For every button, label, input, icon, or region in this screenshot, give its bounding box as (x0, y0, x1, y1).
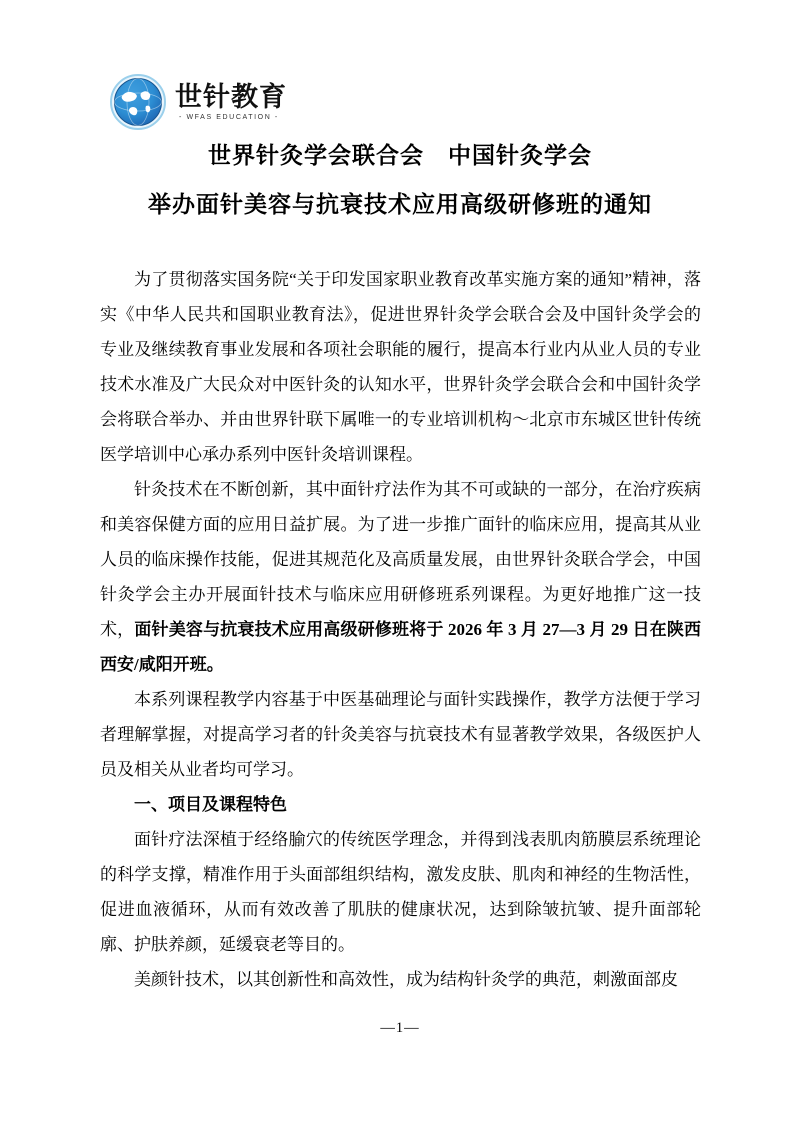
paragraph-text: 针灸技术在不断创新，其中面针疗法作为其不可或缺的一部分，在治疗疾病和美容保健方面… (100, 480, 701, 639)
paragraph-text: 为了贯彻落实国务院“关于印发国家职业教育改革实施方案的通知”精神，落实《中华人民… (100, 270, 701, 464)
section-heading: 一、项目及课程特色 (100, 787, 701, 822)
paragraph-text-bold: 一、项目及课程特色 (134, 795, 287, 814)
page-number: —1— (0, 1020, 800, 1037)
document-title-line1: 世界针灸学会联合会 中国针灸学会 (0, 141, 800, 171)
paragraph: 为了贯彻落实国务院“关于印发国家职业教育改革实施方案的通知”精神，落实《中华人民… (100, 262, 701, 472)
paragraph: 针灸技术在不断创新，其中面针疗法作为其不可或缺的一部分，在治疗疾病和美容保健方面… (100, 472, 701, 682)
document-title-line2: 举办面针美容与抗衰技术应用高级研修班的通知 (0, 190, 800, 220)
paragraph-text: 美颜针技术，以其创新性和高效性，成为结构针灸学的典范，刺激面部皮 (134, 970, 678, 989)
paragraph: 本系列课程教学内容基于中医基础理论与面针实践操作，教学方法便于学习者理解掌握，对… (100, 682, 701, 787)
document-body: 为了贯彻落实国务院“关于印发国家职业教育改革实施方案的通知”精神，落实《中华人民… (100, 262, 701, 997)
logo-title: 世针教育 (175, 83, 287, 111)
paragraph: 美颜针技术，以其创新性和高效性，成为结构针灸学的典范，刺激面部皮 (100, 962, 701, 997)
title-block: 世界针灸学会联合会 中国针灸学会 举办面针美容与抗衰技术应用高级研修班的通知 (0, 141, 800, 220)
logo-text: 世针教育 - WFAS EDUCATION - (175, 83, 287, 120)
logo: 世针教育 - WFAS EDUCATION - (110, 74, 287, 130)
document-page: 世针教育 - WFAS EDUCATION - 世界针灸学会联合会 中国针灸学会… (0, 0, 800, 1132)
globe-icon (110, 74, 166, 130)
logo-subtitle: - WFAS EDUCATION - (175, 114, 287, 121)
paragraph-text: 面针疗法深植于经络腧穴的传统医学理念，并得到浅表肌肉筋膜层系统理论的科学支撑，精… (100, 830, 701, 954)
paragraph-text-bold: 面针美容与抗衰技术应用高级研修班将于 2026 年 3 月 27—3 月 29 … (100, 620, 701, 674)
paragraph: 面针疗法深植于经络腧穴的传统医学理念，并得到浅表肌肉筋膜层系统理论的科学支撑，精… (100, 822, 701, 962)
paragraph-text: 本系列课程教学内容基于中医基础理论与面针实践操作，教学方法便于学习者理解掌握，对… (100, 690, 701, 779)
